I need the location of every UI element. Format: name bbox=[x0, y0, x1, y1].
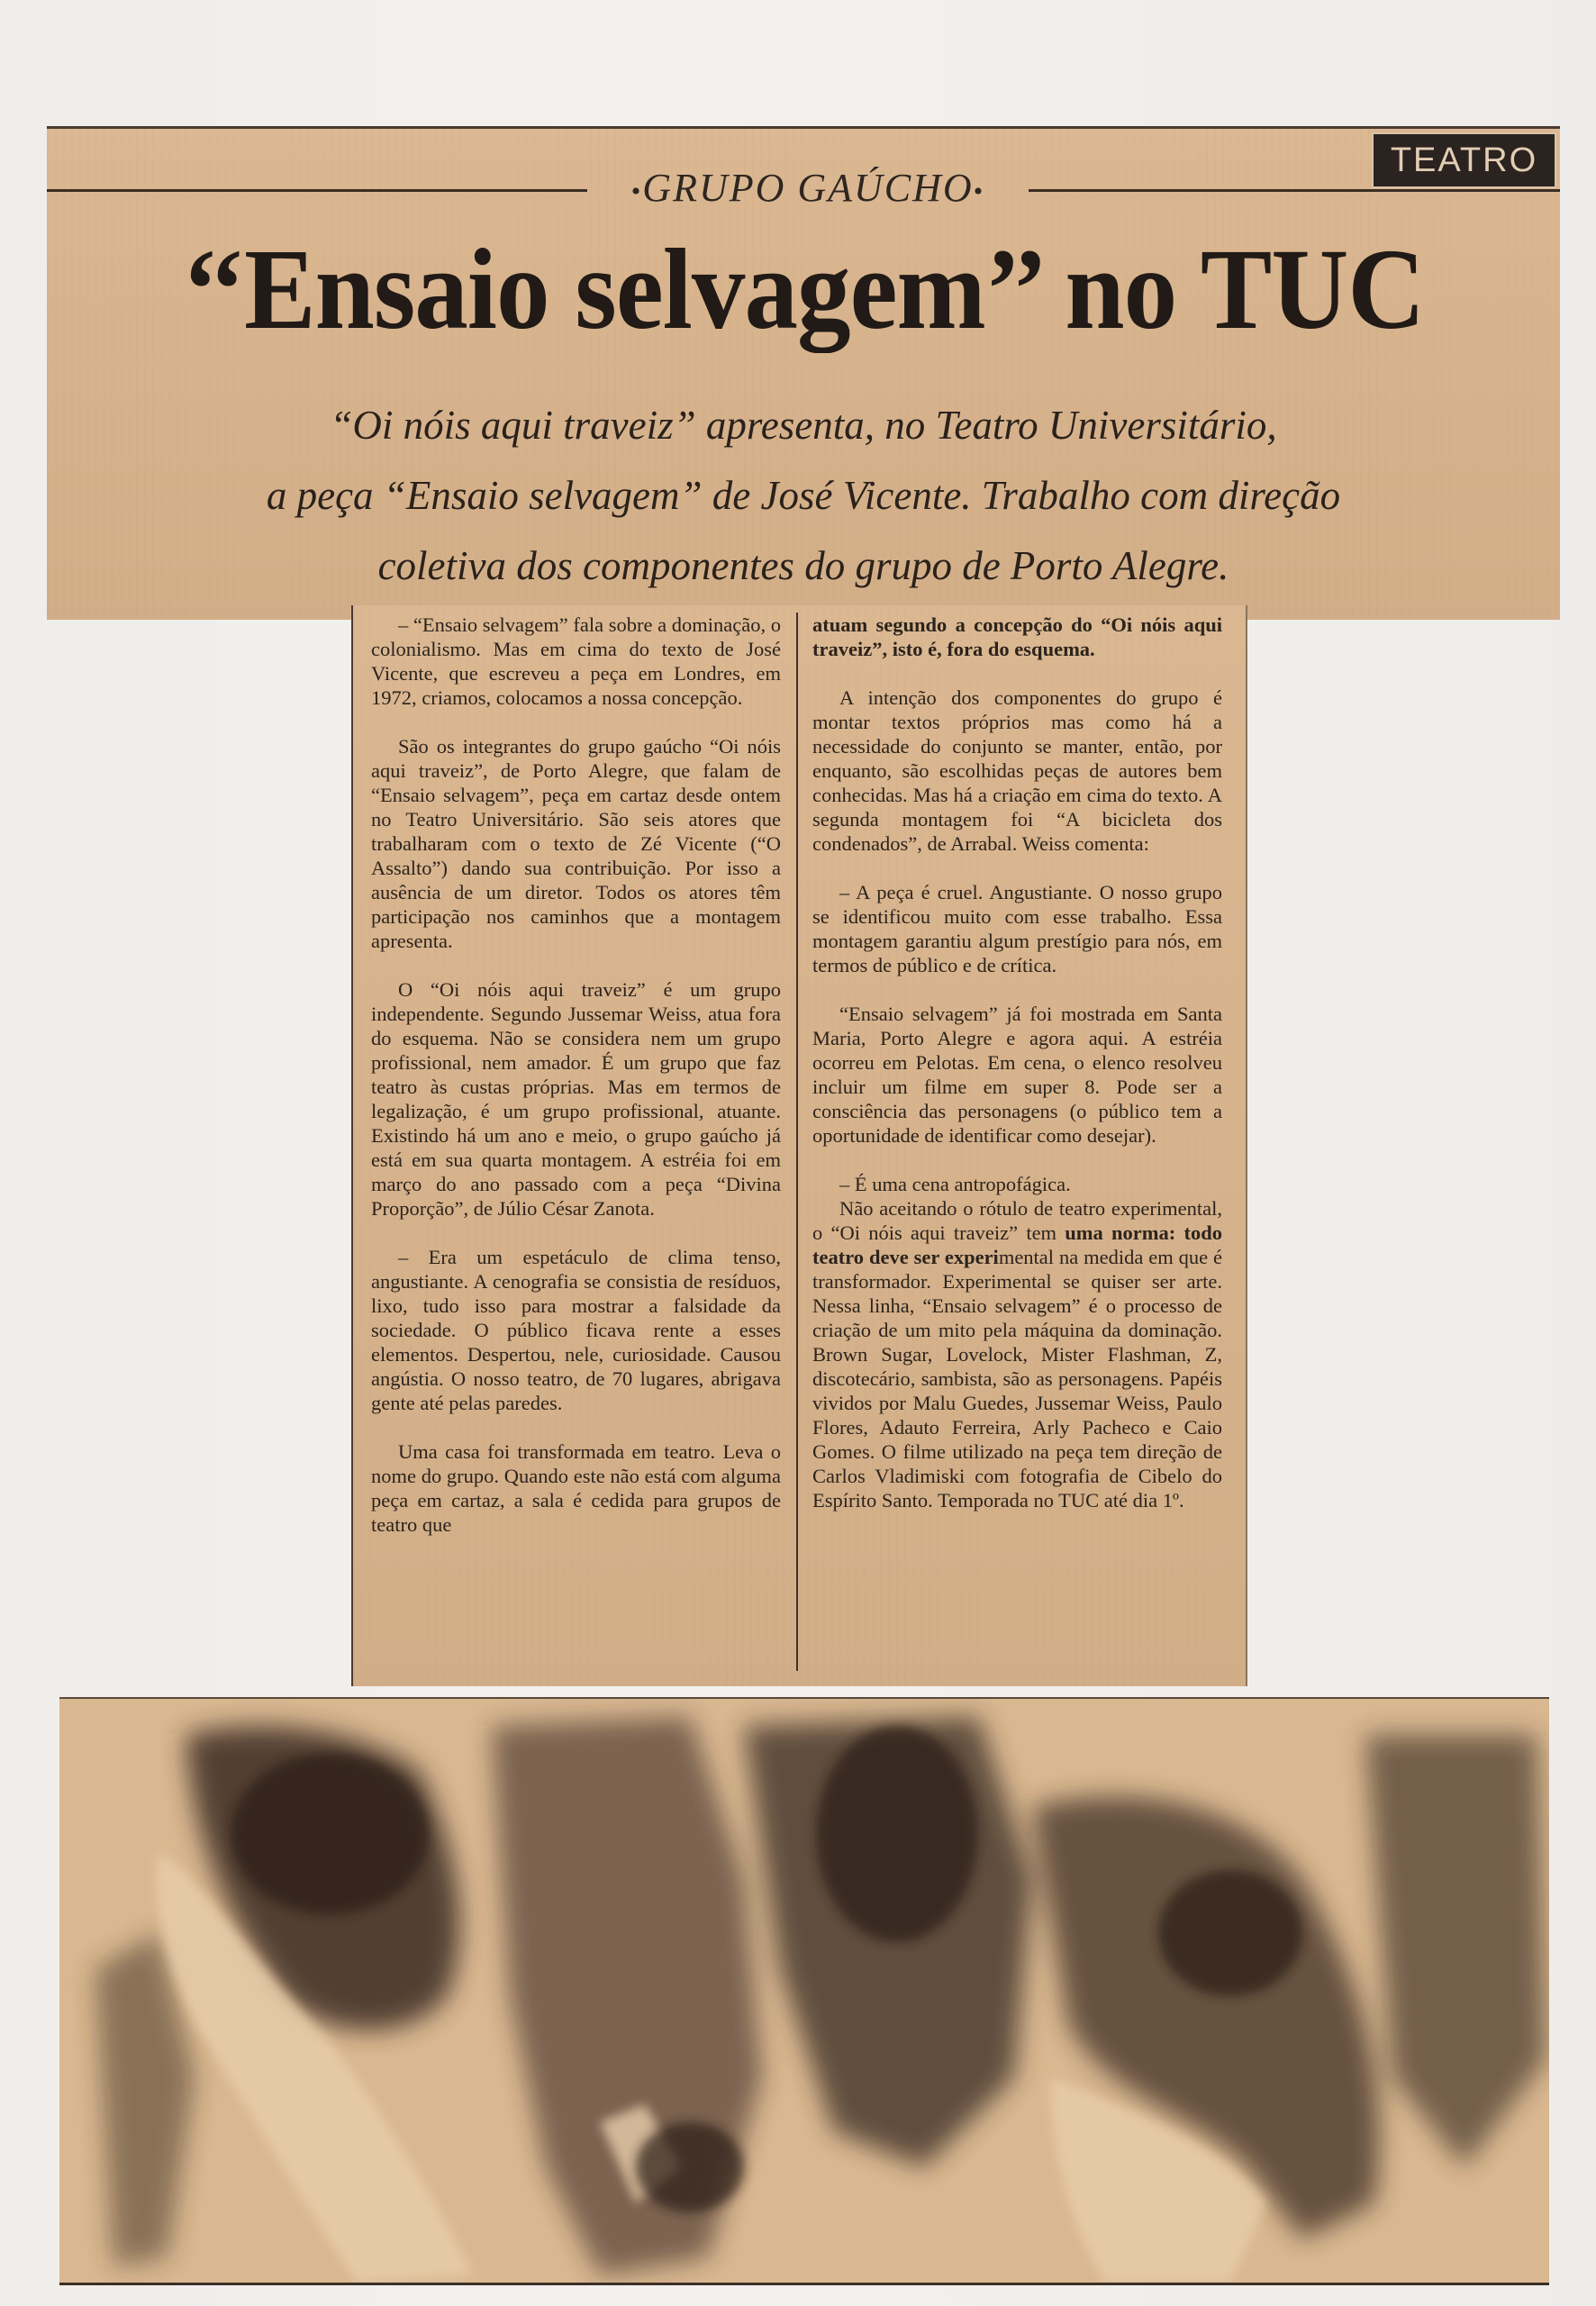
paragraph-continuation: atuam segundo a concepção do “Oi nóis aq… bbox=[812, 613, 1222, 661]
subheadline: “Oi nóis aqui traveiz” apresenta, no Tea… bbox=[119, 390, 1488, 601]
paragraph: O “Oi nóis aqui traveiz” é um grupo inde… bbox=[371, 977, 781, 1221]
paragraph: – “Ensaio selvagem” fala sobre a dominaç… bbox=[371, 613, 781, 710]
paragraph: Uma casa foi transformada em teatro. Lev… bbox=[371, 1439, 781, 1537]
paragraph: “Ensaio selvagem” já foi mostrada em San… bbox=[812, 1002, 1222, 1148]
kicker-rule-left bbox=[47, 189, 587, 192]
subhead-line: a peça “Ensaio selvagem” de José Vicente… bbox=[119, 460, 1488, 531]
kicker-rule-right bbox=[1029, 189, 1560, 192]
article-column-right: atuam segundo a concepção do “Oi nóis aq… bbox=[812, 605, 1222, 1537]
paragraph: – A peça é cruel. Angustiante. O nosso g… bbox=[812, 880, 1222, 977]
article-photo bbox=[59, 1697, 1549, 2285]
subhead-line: coletiva dos componentes do grupo de Por… bbox=[119, 531, 1488, 601]
header-clipping: TEATRO •GRUPO GAÚCHO• ‘‘Ensaio selvagem’… bbox=[47, 126, 1560, 620]
section-tag: TEATRO bbox=[1372, 132, 1556, 188]
article-column-left: – “Ensaio selvagem” fala sobre a dominaç… bbox=[371, 605, 781, 1537]
paragraph: A intenção dos componentes do grupo é mo… bbox=[812, 685, 1222, 856]
headline: ‘‘Ensaio selvagem’’ no TUC bbox=[100, 226, 1507, 352]
halftone-photo-image bbox=[59, 1699, 1549, 2283]
bullet-icon: • bbox=[631, 177, 643, 206]
paragraph: – Era um espetáculo de clima tenso, angu… bbox=[371, 1245, 781, 1415]
paragraph: Não aceitando o rótulo de teatro experim… bbox=[812, 1196, 1222, 1512]
column-rule bbox=[796, 613, 798, 1671]
paragraph-text: mental na medida em que é transformador.… bbox=[812, 1246, 1222, 1512]
article-body: – “Ensaio selvagem” fala sobre a dominaç… bbox=[351, 605, 1247, 1686]
paragraph-continuation-text: atuam segundo a concepção do “Oi nóis aq… bbox=[812, 613, 1222, 660]
paragraph: – É uma cena antropofágica. bbox=[812, 1172, 1222, 1196]
kicker: •GRUPO GAÚCHO• bbox=[587, 165, 1029, 211]
bullet-icon: • bbox=[974, 177, 985, 206]
paragraph: São os integrantes do grupo gaúcho “Oi n… bbox=[371, 734, 781, 953]
kicker-text: GRUPO GAÚCHO bbox=[642, 166, 973, 210]
subhead-line: “Oi nóis aqui traveiz” apresenta, no Tea… bbox=[119, 390, 1488, 460]
